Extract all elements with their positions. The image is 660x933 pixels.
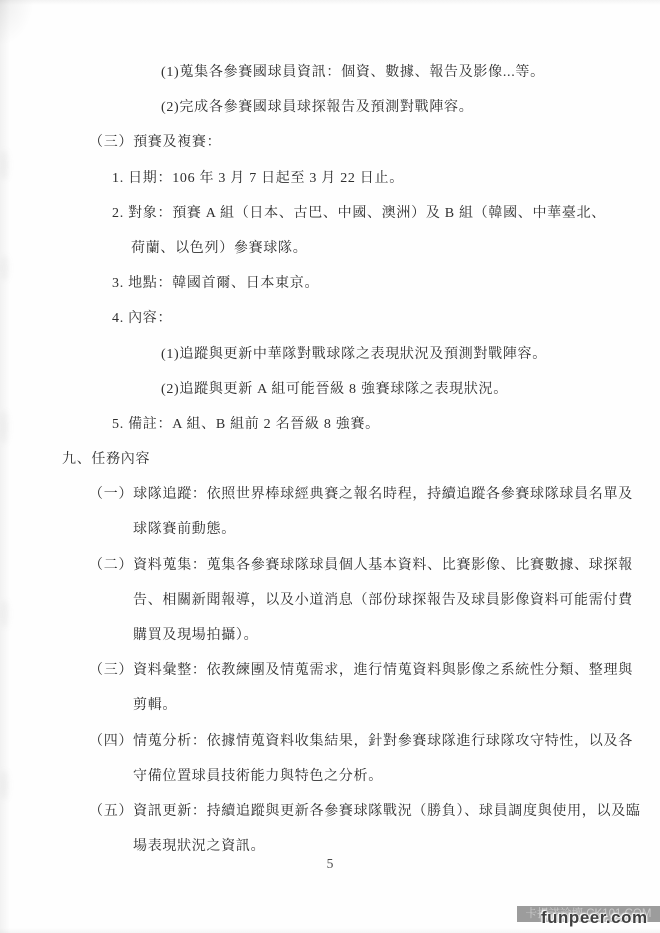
doc-line: （一）球隊追蹤：依照世界棒球經典賽之報名時程，持續追蹤各參賽球隊球員名單及 (0, 477, 660, 512)
doc-line: 2. 對象：預賽 A 組（日本、古巴、中國、澳洲）及 B 組（韓國、中華臺北、 (0, 196, 660, 231)
doc-line: 4. 內容： (0, 301, 660, 336)
doc-line: （三）資料彙整：依教練團及情蒐需求，進行情蒐資料與影像之系統性分類、整理與 (0, 653, 660, 688)
page-number: 5 (0, 856, 660, 872)
doc-line: （五）資訊更新：持續追蹤與更新各參賽球隊戰況（勝負）、球員調度與使用，以及臨 (0, 794, 660, 829)
doc-line: (2)完成各參賽國球員球探報告及預測對戰陣容。 (0, 90, 660, 125)
doc-line: 5. 備註：A 組、B 組前 2 名晉級 8 強賽。 (0, 407, 660, 442)
doc-line: 3. 地點：韓國首爾、日本東京。 (0, 266, 660, 301)
scan-edge-bottom-artifact (0, 928, 660, 933)
doc-line: 九、任務內容 (0, 442, 660, 477)
doc-line: (1)蒐集各參賽國球員資訊：個資、數據、報告及影像...等。 (0, 55, 660, 90)
document-page: (1)蒐集各參賽國球員資訊：個資、數據、報告及影像...等。(2)完成各參賽國球… (0, 0, 660, 933)
doc-line: （四）情蒐分析：依據情蒐資料收集結果，針對參賽球隊進行球隊攻守特性，以及各 (0, 724, 660, 759)
doc-line: 守備位置球員技術能力與特色之分析。 (0, 759, 660, 794)
watermark-site-text: funpeer.com (541, 908, 648, 928)
document-lines: (1)蒐集各參賽國球員資訊：個資、數據、報告及影像...等。(2)完成各參賽國球… (0, 55, 660, 864)
doc-line: (1)追蹤與更新中華隊對戰球隊之表現狀況及預測對戰陣容。 (0, 337, 660, 372)
doc-line: （三）預賽及複賽： (0, 125, 660, 160)
doc-line: 球隊賽前動態。 (0, 512, 660, 547)
doc-line: 告、相關新聞報導，以及小道消息（部份球探報告及球員影像資料可能需付費 (0, 583, 660, 618)
scan-corner-artifact (0, 0, 34, 46)
scan-edge-top-artifact (0, 0, 660, 5)
doc-line: 購買及現場拍攝）。 (0, 618, 660, 653)
doc-line: 剪輯。 (0, 688, 660, 723)
doc-line: （二）資料蒐集：蒐集各參賽球隊球員個人基本資料、比賽影像、比賽數據、球探報 (0, 548, 660, 583)
doc-line: 1. 日期：106 年 3 月 7 日起至 3 月 22 日止。 (0, 161, 660, 196)
doc-line: 荷蘭、以色列）參賽球隊。 (0, 231, 660, 266)
doc-line: (2)追蹤與更新 A 組可能晉級 8 強賽球隊之表現狀況。 (0, 372, 660, 407)
